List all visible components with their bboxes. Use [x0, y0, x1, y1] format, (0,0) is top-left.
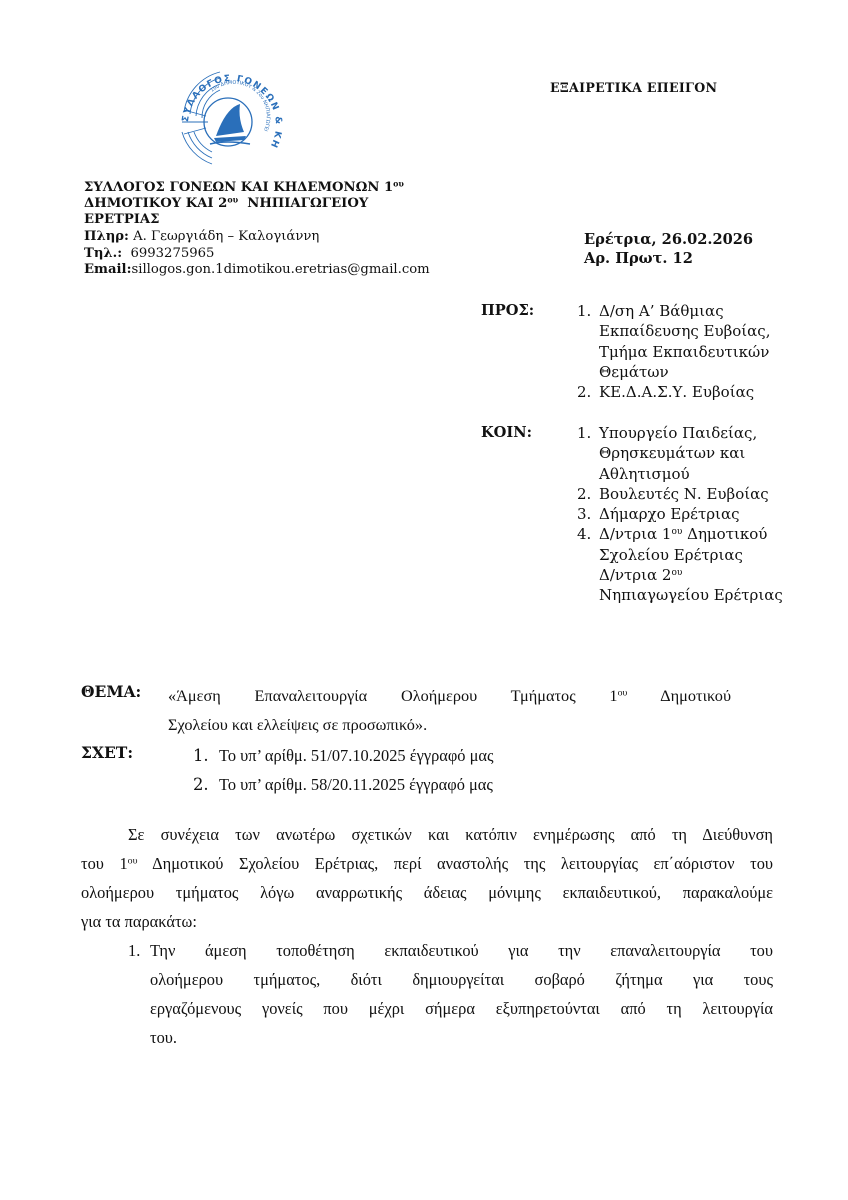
list-item: 1.Υπουργείο Παιδείας, Θρησκευμάτων και Α…	[577, 423, 799, 484]
subject-text: «Άμεση Επαναλειτουργία Ολοήμερου Τμήματο…	[168, 681, 731, 739]
related-label: ΣΧΕΤ:	[81, 743, 133, 762]
contact-email: Email:sillogos.gon.1dimotikou.eretrias@g…	[84, 262, 430, 279]
related-list: 1.Το υπ’ αρίθμ. 51/07.10.2025 έγγραφό μα…	[193, 741, 493, 799]
contact-person: Πληρ: Α. Γεωργιάδη – Καλογιάννη	[84, 229, 430, 246]
list-item: 1.Δ/ση Α’ Βάθμιας Εκπαίδευσης Ευβοίας, Τ…	[577, 301, 799, 382]
list-item: 1.Το υπ’ αρίθμ. 51/07.10.2025 έγγραφό μα…	[193, 741, 493, 770]
letter-body: Σε συνέχεια των ανωτέρω σχετικών και κατ…	[81, 820, 773, 1052]
list-item: 3.Δήμαρχο Ερέτριας	[577, 504, 799, 524]
contact-phone: Τηλ.: 6993275965	[84, 246, 430, 263]
cc-list: 1.Υπουργείο Παιδείας, Θρησκευμάτων και Α…	[577, 423, 799, 606]
to-label: ΠΡΟΣ:	[481, 302, 534, 319]
list-item: 2.ΚΕ.Δ.Α.Σ.Υ. Ευβοίας	[577, 382, 799, 402]
subject-label: ΘΕΜΑ:	[81, 682, 141, 701]
sender-contact: Πληρ: Α. Γεωργιάδη – Καλογιάννη Τηλ.: 69…	[84, 229, 430, 279]
priority-label: ΕΞΑΙΡΕΤΙΚΑ ΕΠΕΙΓΟΝ	[550, 80, 717, 95]
ship-emblem-icon: ΣΥΛΛΟΓΟΣ ΓΟΝΕΩΝ & ΚΗΔΕΜΟΝΩΝ 1ου ΔΗΜΟΤΙΚΟ…	[160, 52, 300, 182]
place-date: Ερέτρια, 26.02.2026	[584, 230, 753, 249]
request-list: 1. Την άμεση τοποθέτηση εκπαιδευτικού γι…	[128, 936, 773, 1052]
date-protocol-block: Ερέτρια, 26.02.2026 Αρ. Πρωτ. 12	[584, 230, 753, 268]
cc-label: ΚΟΙΝ:	[481, 424, 532, 441]
association-logo: ΣΥΛΛΟΓΟΣ ΓΟΝΕΩΝ & ΚΗΔΕΜΟΝΩΝ 1ου ΔΗΜΟΤΙΚΟ…	[160, 52, 300, 182]
to-list: 1.Δ/ση Α’ Βάθμιας Εκπαίδευσης Ευβοίας, Τ…	[577, 301, 799, 402]
sender-organization: ΣΥΛΛΟΓΟΣ ΓΟΝΕΩΝ ΚΑΙ ΚΗΔΕΜΟΝΩΝ 1ου ΔΗΜΟΤΙ…	[84, 180, 444, 228]
list-item: 2.Το υπ’ αρίθμ. 58/20.11.2025 έγγραφό μα…	[193, 770, 493, 799]
list-item: 4. Δ/ντρια 1ου Δημοτικού Σχολείου Ερέτρι…	[577, 524, 799, 605]
body-paragraph: Σε συνέχεια των ανωτέρω σχετικών και κατ…	[81, 820, 773, 936]
list-item: 2.Βουλευτές Ν. Ευβοίας	[577, 484, 799, 504]
protocol-number: Αρ. Πρωτ. 12	[584, 249, 753, 268]
list-item: 1. Την άμεση τοποθέτηση εκπαιδευτικού γι…	[128, 936, 773, 1052]
